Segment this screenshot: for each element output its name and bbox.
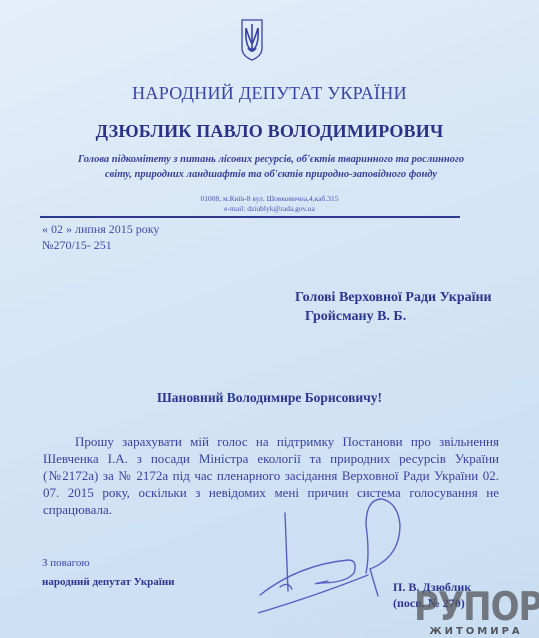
closing-title: народний депутат України <box>42 576 175 588</box>
contact-block: 01008, м.Київ-8 вул. Шовковична,4,каб.31… <box>0 194 539 214</box>
letter-number: №270/15- 251 <box>42 238 112 253</box>
letter-date: « 02 » липня 2015 року <box>42 222 159 237</box>
recipient-name: Гройсману В. Б. <box>305 309 406 325</box>
watermark-logo: РУПОР ЖИТОМИРА <box>414 588 538 638</box>
recipient-title: Голові Верховної Ради України <box>295 290 492 306</box>
closing-regards: З повагою <box>42 557 90 569</box>
email-address: e-mail: dziublyk@rada.gov.ua <box>0 204 539 214</box>
watermark-main-text: РУПОР <box>414 588 538 627</box>
letterhead-title: НАРОДНИЙ ДЕПУТАТ УКРАЇНИ <box>0 83 539 104</box>
position-line-2: світу, природних ландшафтів та об'єктів … <box>40 167 502 182</box>
tryzub-emblem-icon <box>240 18 264 62</box>
position-line-1: Голова підкомітету з питань лісових ресу… <box>40 152 502 167</box>
postal-address: 01008, м.Київ-8 вул. Шовковична,4,каб.31… <box>0 194 539 204</box>
deputy-name: ДЗЮБЛИК ПАВЛО ВОЛОДИМИРОВИЧ <box>0 121 539 142</box>
deputy-position: Голова підкомітету з питань лісових ресу… <box>40 152 502 182</box>
salutation: Шановний Володимире Борисовичу! <box>0 390 539 406</box>
watermark-sub-text: ЖИТОМИРА <box>414 626 538 637</box>
letterhead-divider <box>40 216 460 218</box>
